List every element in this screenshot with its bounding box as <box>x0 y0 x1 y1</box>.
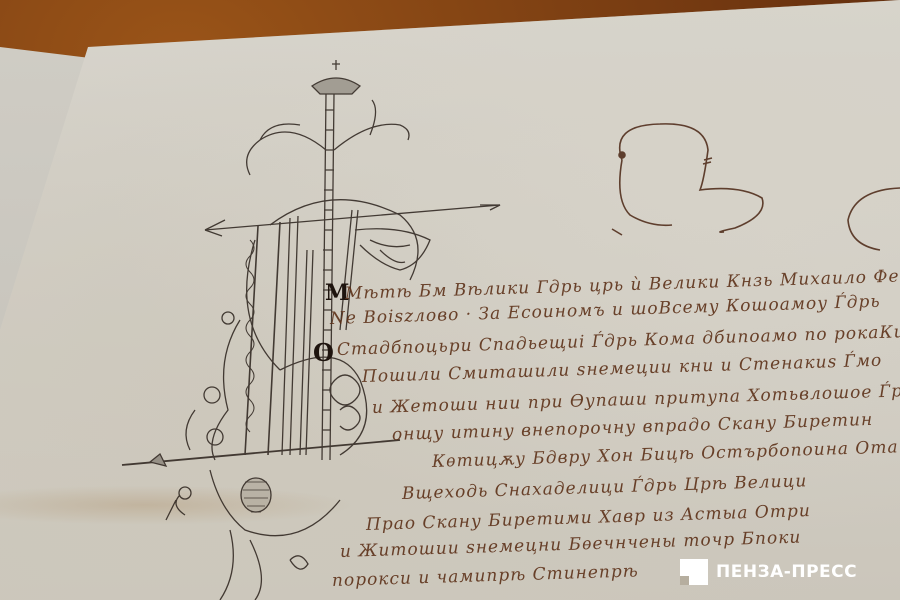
watermark-text: ПЕНЗА-ПРЕСС <box>716 562 857 582</box>
illuminated-initial-o: О <box>313 338 334 367</box>
penza-press-watermark: ПЕНЗА-ПРЕСС <box>680 559 857 585</box>
penza-press-logo-icon <box>680 559 708 585</box>
